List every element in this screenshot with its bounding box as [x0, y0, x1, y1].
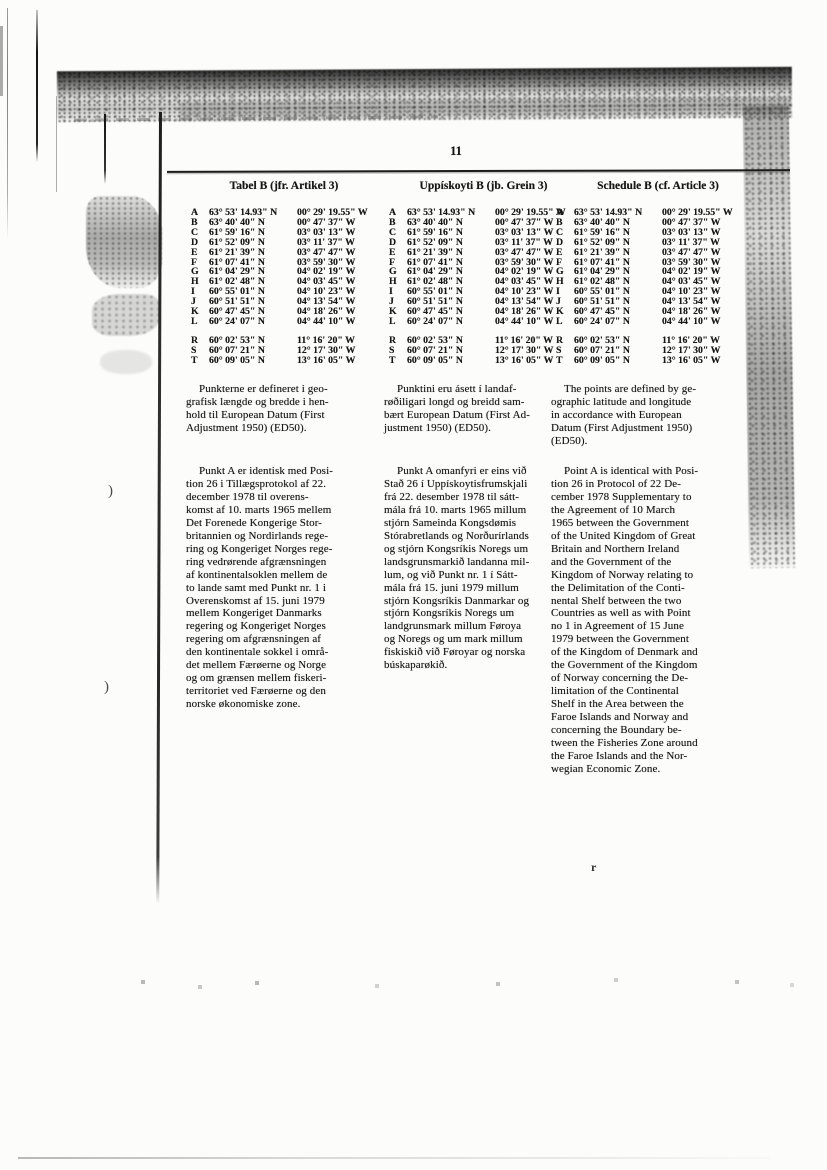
point-latitude: 60° 09' 05" N [574, 356, 662, 366]
scan-noise-blob [100, 350, 152, 374]
point-a-note-english: Point A is identical with Posi- tion 26 … [551, 465, 765, 776]
coordinates-table-main: A 63° 53' 14.93" N 00° 29' 19.55" W B 63… [551, 208, 765, 327]
scanned-treaty-page: ) ) r 11 Tabel B (jfr. Artikel 3) A 63° … [0, 0, 827, 1170]
point-a-note-danish: Punkt A er identisk med Posi- tion 26 i … [186, 465, 382, 711]
point-id: T [191, 356, 209, 366]
coordinates-table-main: A 63° 53' 14.93" N 00° 29' 19.55" W B 63… [186, 208, 382, 327]
stray-mark: ) [104, 679, 109, 696]
scan-scratch-line [56, 96, 57, 192]
point-longitude: 04° 44' 10" W [662, 317, 765, 327]
coordinate-row: L 60° 24' 07" N 04° 44' 10" W [551, 317, 765, 327]
coordinate-row: T 60° 09' 05" N 13° 16' 05" W [186, 356, 382, 366]
point-latitude: 60° 09' 05" N [407, 356, 495, 366]
bottom-faint-line [18, 1157, 770, 1159]
stray-mark: ) [108, 483, 113, 500]
point-id: T [389, 356, 407, 366]
column-header-danish: Tabel B (jfr. Artikel 3) [186, 180, 382, 192]
column-header-english: Schedule B (cf. Article 3) [551, 180, 765, 192]
point-latitude: 60° 24' 07" N [574, 317, 662, 327]
coordinates-table-extra: R 60° 02' 53" N 11° 16' 20" W S 60° 07' … [551, 336, 765, 366]
point-longitude: 13° 16' 05" W [297, 356, 382, 366]
point-id: L [389, 317, 407, 327]
datum-note-danish: Punkterne er defineret i geo- grafisk læ… [186, 383, 382, 435]
scan-scratch-line [36, 10, 38, 162]
scan-noise-blob [86, 196, 162, 288]
point-latitude: 60° 24' 07" N [407, 317, 495, 327]
scan-specks [0, 0, 2, 2]
scan-scratch-line [7, 8, 8, 240]
scan-scratch-line [104, 114, 106, 184]
point-latitude: 60° 09' 05" N [209, 356, 297, 366]
datum-note-english: The points are defined by ge- ographic l… [551, 383, 765, 448]
column-english: Schedule B (cf. Article 3) A 63° 53' 14.… [551, 180, 765, 1010]
point-latitude: 60° 24' 07" N [209, 317, 297, 327]
point-longitude: 04° 44' 10" W [297, 317, 382, 327]
header-rule [167, 169, 790, 173]
scan-edge-sliver [0, 26, 3, 96]
point-id: L [556, 317, 574, 327]
point-id: T [556, 356, 574, 366]
scan-noise-blob [92, 294, 160, 336]
coordinate-row: L 60° 24' 07" N 04° 44' 10" W [186, 317, 382, 327]
page-number: 11 [441, 144, 471, 159]
point-longitude: 13° 16' 05" W [662, 356, 765, 366]
point-id: L [191, 317, 209, 327]
column-danish: Tabel B (jfr. Artikel 3) A 63° 53' 14.93… [186, 180, 382, 1010]
coordinates-table-extra: R 60° 02' 53" N 11° 16' 20" W S 60° 07' … [186, 336, 382, 366]
coordinate-row: T 60° 09' 05" N 13° 16' 05" W [551, 356, 765, 366]
